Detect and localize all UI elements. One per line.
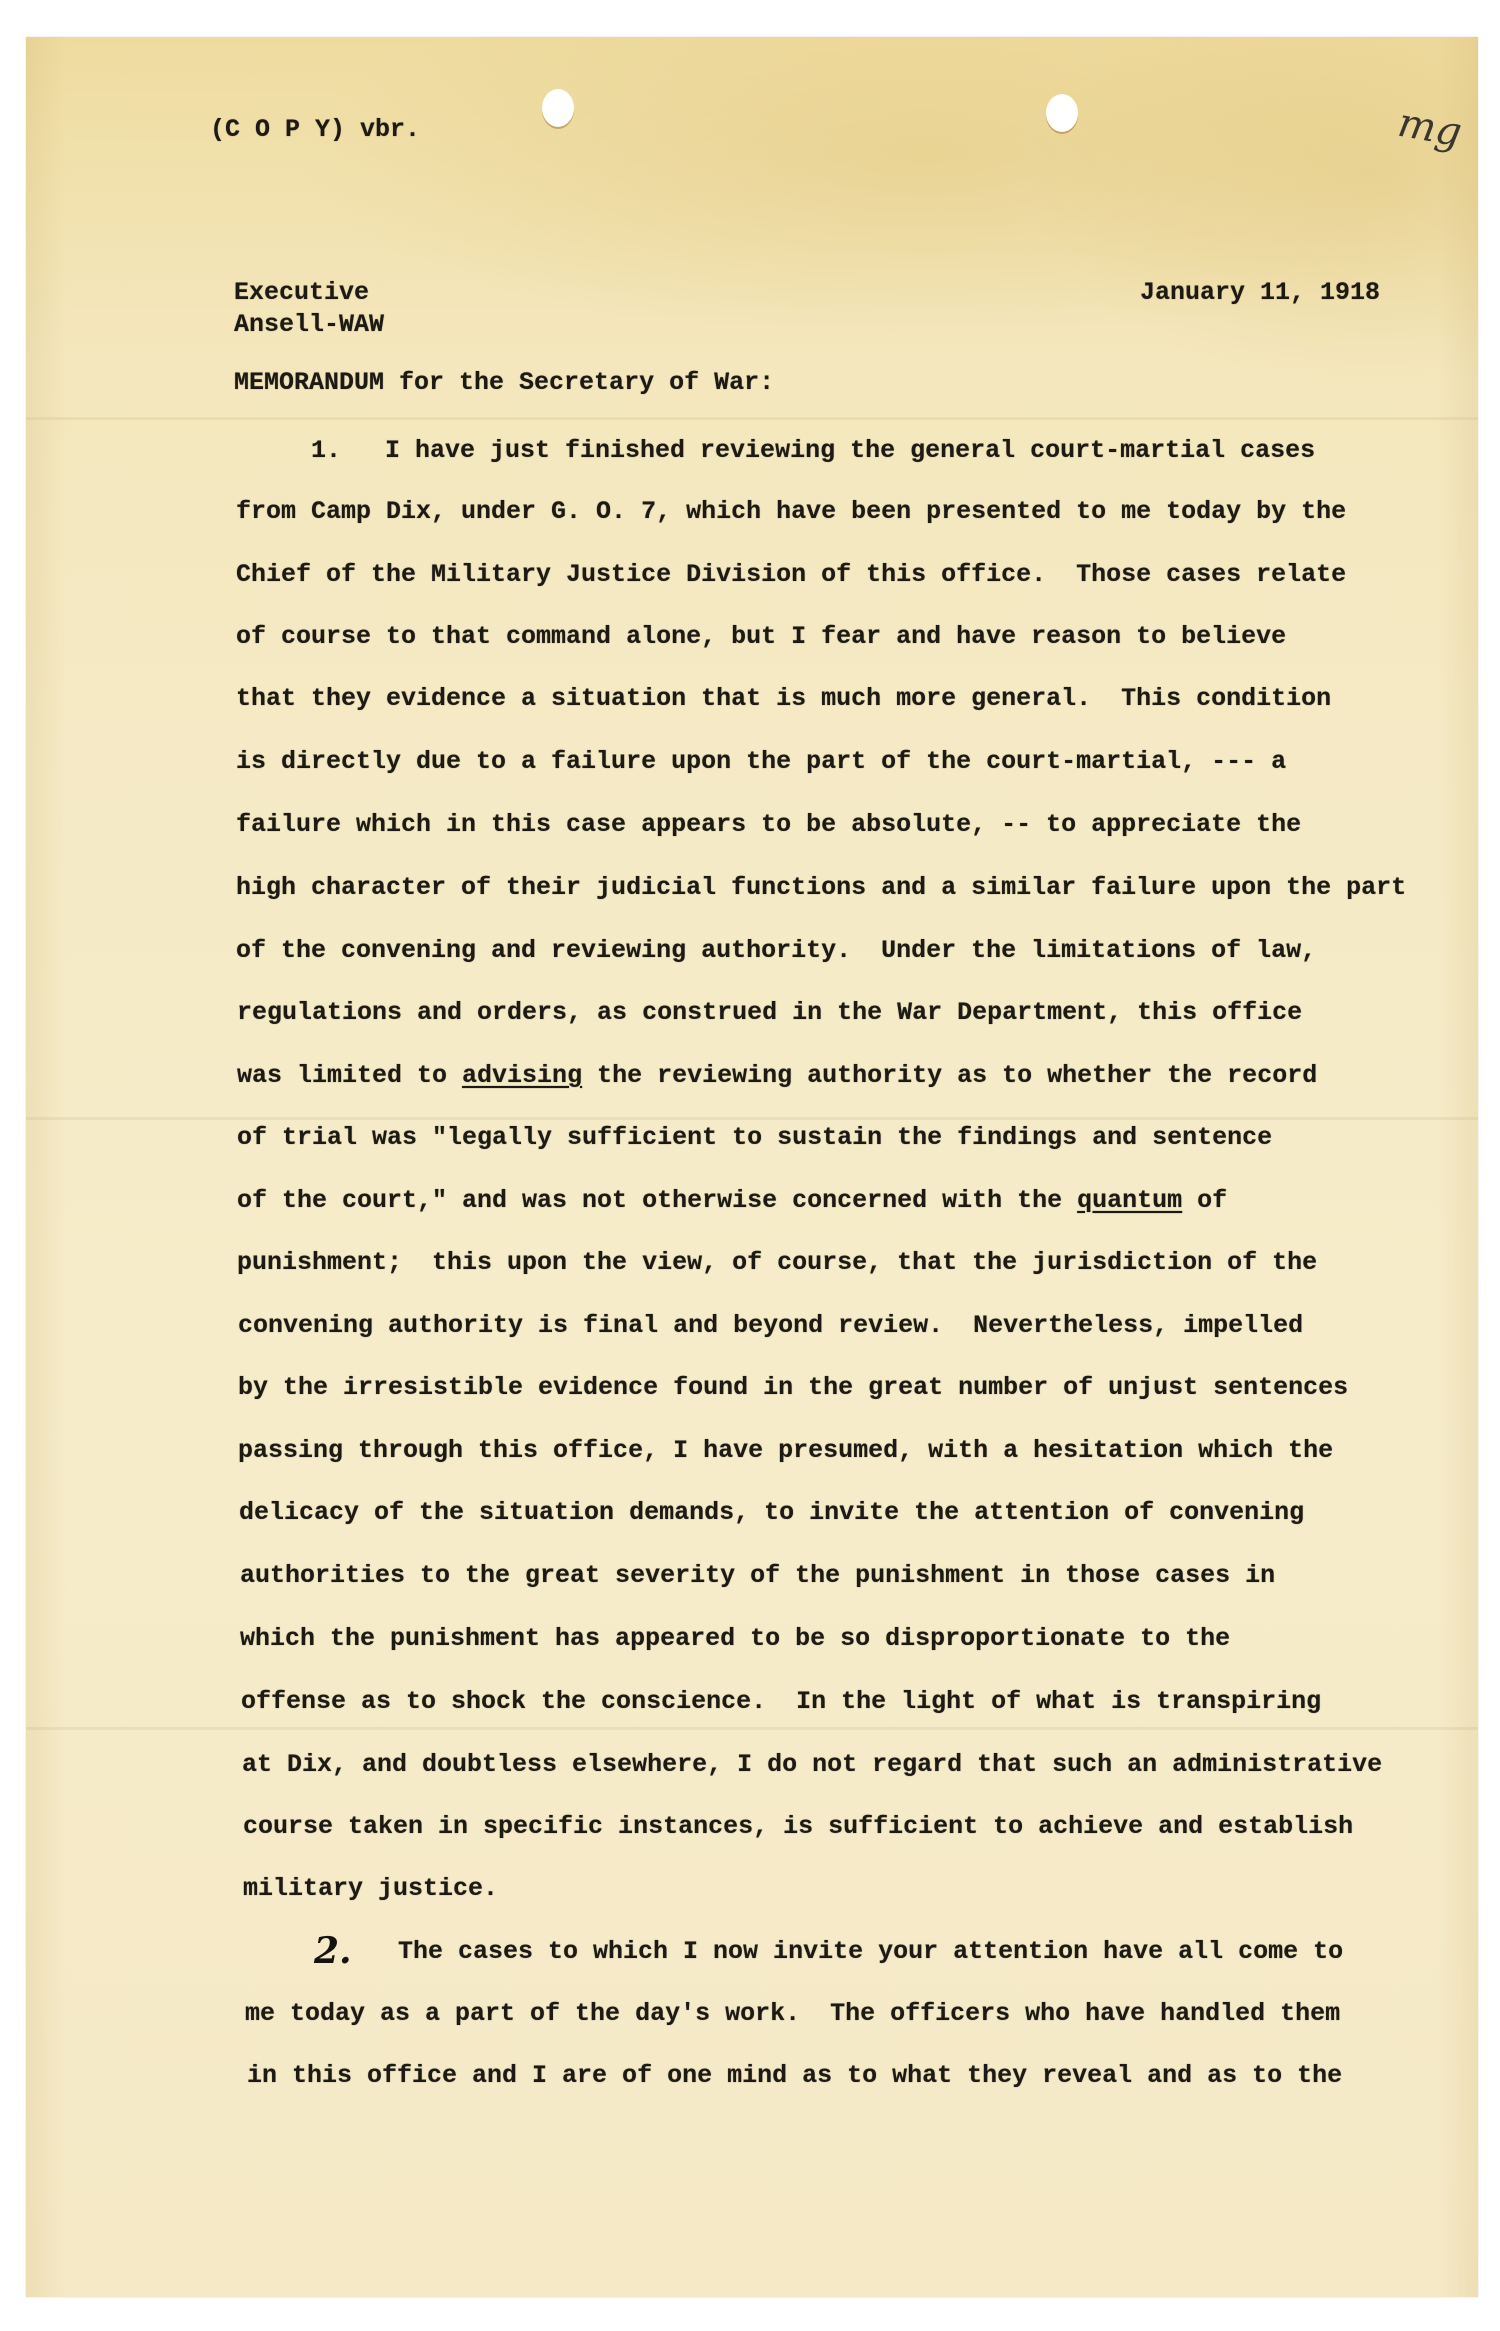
- text-line: me today as a part of the day's work. Th…: [245, 1999, 1340, 2029]
- text-line: of trial was "legally sufficient to sust…: [237, 1123, 1272, 1153]
- text-line-with-underline: was limited to advising the reviewing au…: [237, 1061, 1317, 1091]
- text-line: The cases to which I now invite your att…: [398, 1937, 1343, 1967]
- text-line: delicacy of the situation demands, to in…: [239, 1498, 1304, 1528]
- text-line: convening authority is final and beyond …: [238, 1311, 1303, 1341]
- text-segment: was limited to: [237, 1061, 462, 1090]
- paper-crease: [26, 417, 1478, 420]
- underlined-word-quantum: quantum: [1077, 1186, 1182, 1215]
- memo-salutation: MEMORANDUM for the Secretary of War:: [234, 368, 774, 398]
- text-line-with-underline: of the court," and was not otherwise con…: [237, 1186, 1227, 1216]
- text-line: that they evidence a situation that is m…: [236, 684, 1331, 714]
- punch-hole-icon: [1046, 94, 1078, 132]
- text-line: course taken in specific instances, is s…: [243, 1812, 1353, 1842]
- paper-crease: [26, 1117, 1478, 1120]
- memo-date: January 11, 1918: [1140, 278, 1380, 308]
- paper-crease: [26, 1727, 1478, 1730]
- text-line: authorities to the great severity of the…: [240, 1561, 1275, 1591]
- text-segment: of the court," and was not otherwise con…: [237, 1186, 1077, 1215]
- text-line: in this office and I are of one mind as …: [247, 2061, 1342, 2091]
- copy-header: (C O P Y) vbr.: [210, 115, 420, 145]
- text-line: military justice.: [243, 1874, 498, 1904]
- text-line: Chief of the Military Justice Division o…: [236, 560, 1346, 590]
- office-label: Executive: [234, 278, 369, 308]
- text-segment: of: [1182, 1186, 1227, 1215]
- text-segment: the reviewing authority as to whether th…: [582, 1061, 1317, 1090]
- text-line: is directly due to a failure upon the pa…: [236, 747, 1286, 777]
- text-line: of the convening and reviewing authority…: [236, 936, 1316, 966]
- text-line: regulations and orders, as construed in …: [237, 998, 1302, 1028]
- punch-hole-icon: [542, 89, 574, 127]
- text-line: punishment; this upon the view, of cours…: [237, 1248, 1317, 1278]
- text-line: offense as to shock the conscience. In t…: [241, 1687, 1321, 1717]
- text-line: high character of their judicial functio…: [236, 873, 1406, 903]
- paragraph-number: 1.: [311, 436, 341, 466]
- text-line: which the punishment has appeared to be …: [240, 1624, 1230, 1654]
- text-line: at Dix, and doubtless elsewhere, I do no…: [242, 1750, 1382, 1780]
- text-line: I have just finished reviewing the gener…: [385, 436, 1315, 466]
- text-line: passing through this office, I have pres…: [238, 1436, 1333, 1466]
- text-line: of course to that command alone, but I f…: [236, 622, 1286, 652]
- text-line: from Camp Dix, under G. O. 7, which have…: [236, 497, 1346, 527]
- paragraph-number-handwritten: 2.: [314, 1930, 352, 1972]
- reference-label: Ansell-WAW: [234, 310, 384, 340]
- text-line: failure which in this case appears to be…: [236, 810, 1301, 840]
- text-line: by the irresistible evidence found in th…: [238, 1373, 1348, 1403]
- underlined-word-advising: advising: [462, 1061, 582, 1090]
